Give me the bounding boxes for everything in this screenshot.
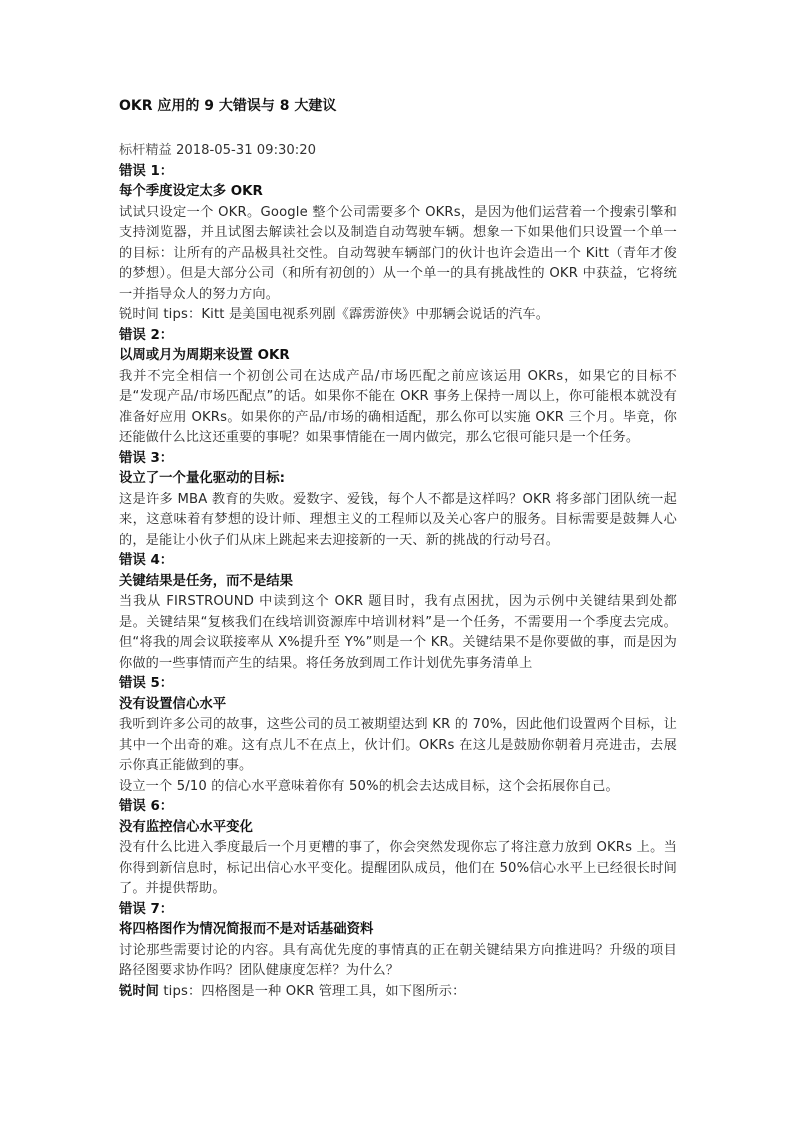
mistake-heading: 没有监控信心水平变化	[119, 818, 677, 839]
mistake-section-2: 错误 2： 以周或月为周期来设置 OKR 我并不完全相信一个初创公司在达成产品/…	[119, 326, 677, 449]
paragraph: 我并不完全相信一个初创公司在达成产品/市场匹配之前应该运用 OKRs，如果它的目…	[119, 367, 677, 449]
mistake-heading: 设立了一个量化驱动的目标:	[119, 469, 677, 490]
paragraph: 讨论那些需要讨论的内容。具有高优先度的事情真的正在朝关键结果方向推进吗？升级的项…	[119, 941, 677, 982]
mistake-section-1: 错误 1： 每个季度设定太多 OKR 试试只设定一个 OKR。Google 整个…	[119, 162, 677, 326]
mistake-section-3: 错误 3： 设立了一个量化驱动的目标: 这是许多 MBA 教育的失败。爱数字、爱…	[119, 449, 677, 552]
publish-timestamp: 2018-05-31 09:30:20	[176, 143, 316, 158]
mistake-section-4: 错误 4： 关键结果是任务，而不是结果 当我从 FIRSTROUND 中读到这个…	[119, 551, 677, 674]
mistake-section-5: 错误 5： 没有设置信心水平 我听到许多公司的故事，这些公司的员工被期望达到 K…	[119, 674, 677, 797]
mistake-label: 错误 3：	[119, 449, 677, 470]
mistake-heading: 将四格图作为情况简报而不是对话基础资料	[119, 920, 677, 941]
mistake-heading: 每个季度设定太多 OKR	[119, 182, 677, 203]
source-name: 标杆精益	[119, 143, 172, 158]
paragraph: 这是许多 MBA 教育的失败。爱数字、爱钱，每个人不都是这样吗？OKR 将多部门…	[119, 490, 677, 552]
mistake-heading: 没有设置信心水平	[119, 695, 677, 716]
mistake-label: 错误 2：	[119, 326, 677, 347]
paragraph: 没有什么比进入季度最后一个月更糟的事了，你会突然发现你忘了将注意力放到 OKRs…	[119, 838, 677, 900]
mistake-heading: 关键结果是任务，而不是结果	[119, 572, 677, 593]
mistake-label: 错误 5：	[119, 674, 677, 695]
paragraph: 试试只设定一个 OKR。Google 整个公司需要多个 OKRs，是因为他们运营…	[119, 203, 677, 306]
paragraph: 当我从 FIRSTROUND 中读到这个 OKR 题目时，我有点困扰，因为示例中…	[119, 592, 677, 674]
mistake-label: 错误 7：	[119, 900, 677, 921]
mistake-label: 错误 4：	[119, 551, 677, 572]
tip-text: tips：四格图是一种 OKR 管理工具，如下图所示：	[159, 984, 465, 999]
tip-paragraph: 锐时间 tips：四格图是一种 OKR 管理工具，如下图所示：	[119, 982, 677, 1003]
mistake-label: 错误 1：	[119, 162, 677, 183]
mistake-heading: 以周或月为周期来设置 OKR	[119, 346, 677, 367]
mistake-section-7: 错误 7： 将四格图作为情况简报而不是对话基础资料 讨论那些需要讨论的内容。具有…	[119, 900, 677, 1003]
tip-paragraph: 锐时间 tips：Kitt 是美国电视系列剧《霹雳游侠》中那辆会说话的汽车。	[119, 305, 677, 326]
document-title: OKR 应用的 9 大错误与 8 大建议	[119, 96, 677, 116]
byline: 标杆精益 2018-05-31 09:30:20	[119, 141, 677, 162]
mistake-section-6: 错误 6： 没有监控信心水平变化 没有什么比进入季度最后一个月更糟的事了，你会突…	[119, 797, 677, 900]
tip-label: 锐时间	[119, 984, 159, 999]
mistake-label: 错误 6：	[119, 797, 677, 818]
paragraph: 设立一个 5/10 的信心水平意味着你有 50%的机会去达成目标，这个会拓展你自…	[119, 777, 677, 798]
paragraph: 我听到许多公司的故事，这些公司的员工被期望达到 KR 的 70%，因此他们设置两…	[119, 715, 677, 777]
document-page: OKR 应用的 9 大错误与 8 大建议 标杆精益 2018-05-31 09:…	[119, 96, 677, 1002]
